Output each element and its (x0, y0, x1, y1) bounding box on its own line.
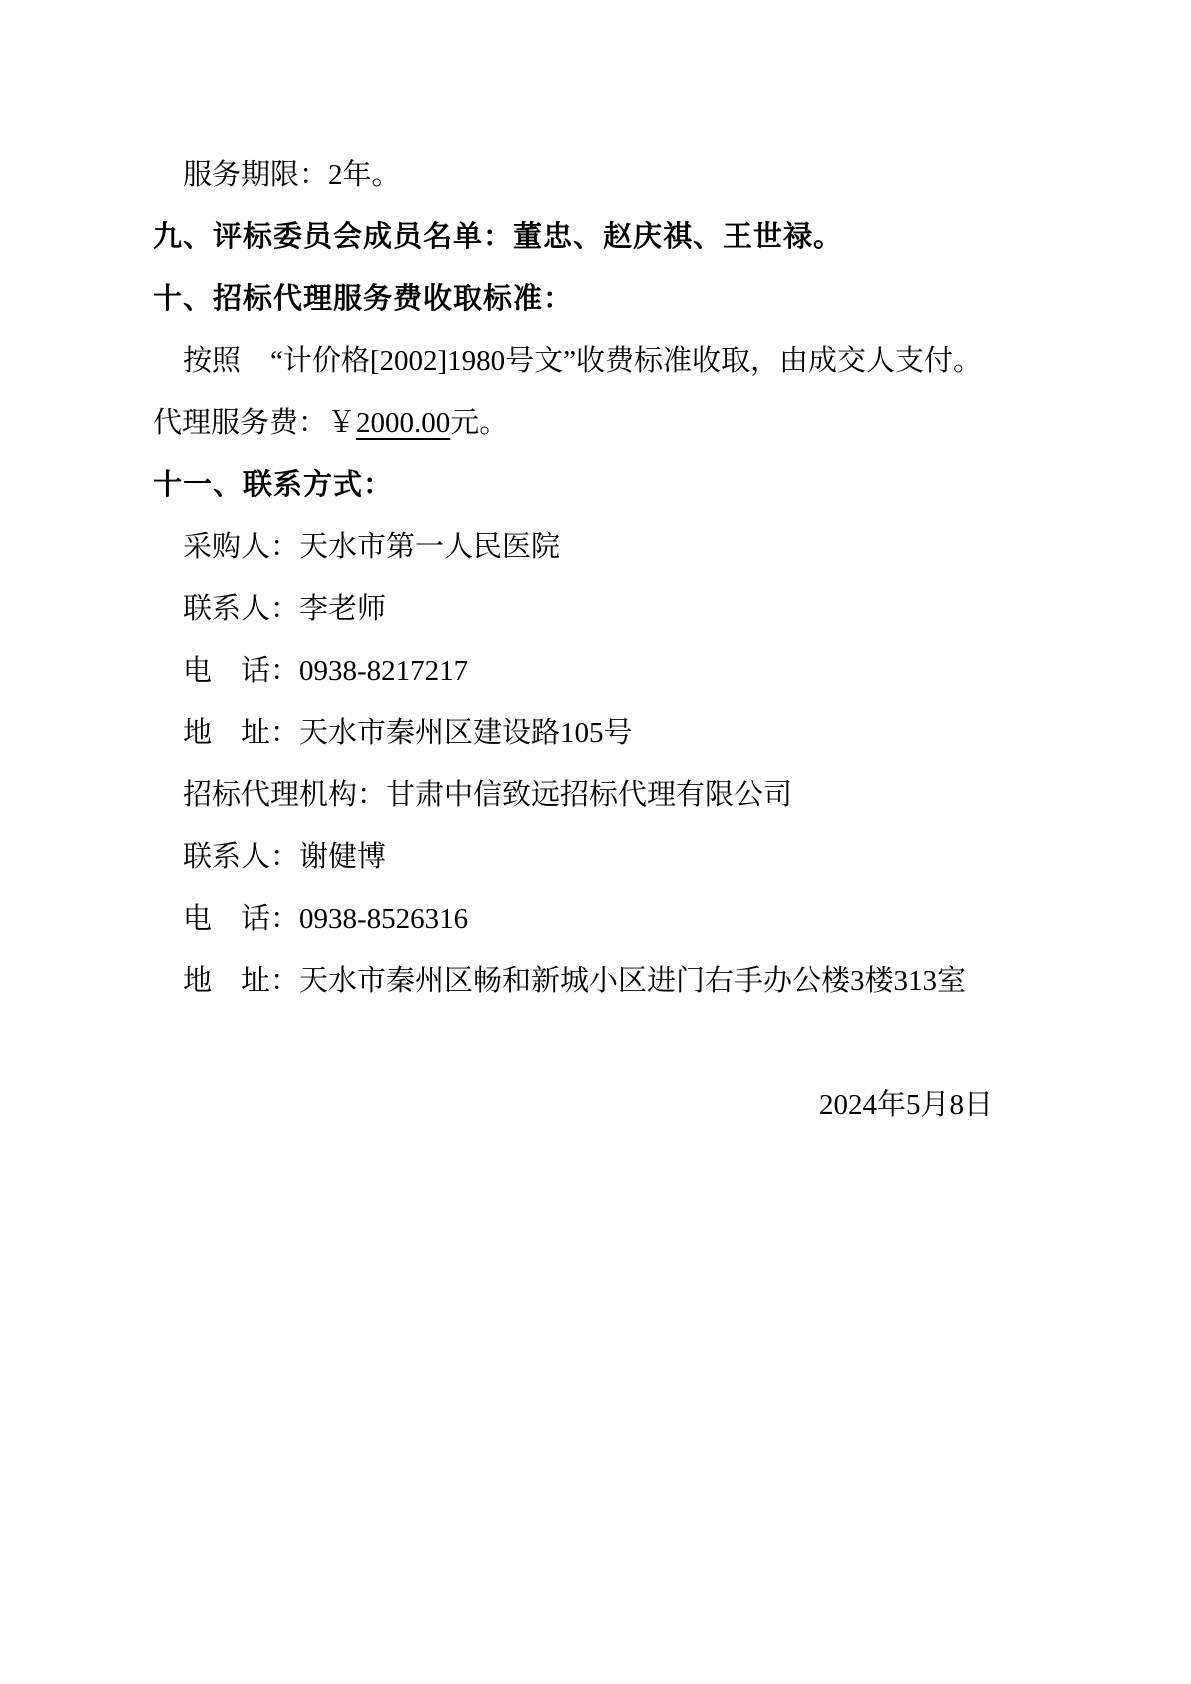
document-content: 服务期限：2年。 九、评标委员会成员名单：董忠、赵庆祺、王世禄。 十、招标代理服… (0, 144, 1191, 1136)
date-line: 2024年5月8日 (0, 1074, 1191, 1136)
agency-line: 招标代理机构：甘肃中信致远招标代理有限公司 (0, 764, 1191, 826)
agency-fee-suffix: 元。 (450, 407, 508, 439)
purchaser-phone-line: 电 话：0938-8217217 (0, 640, 1191, 702)
purchaser-contact-line: 联系人：李老师 (0, 578, 1191, 640)
service-period-line: 服务期限：2年。 (0, 144, 1191, 206)
section-9-heading: 九、评标委员会成员名单：董忠、赵庆祺、王世禄。 (0, 206, 1191, 268)
document-page: 服务期限：2年。 九、评标委员会成员名单：董忠、赵庆祺、王世禄。 十、招标代理服… (0, 0, 1191, 1684)
purchaser-address-line: 地 址：天水市秦州区建设路105号 (0, 702, 1191, 764)
agency-fee-amount: 2000.00 (356, 407, 450, 439)
purchaser-line: 采购人：天水市第一人民医院 (0, 516, 1191, 578)
agency-fee-line: 代理服务费：￥2000.00元。 (0, 392, 1191, 454)
section-10-heading: 十、招标代理服务费收取标准： (0, 268, 1191, 330)
agency-address-line: 地 址：天水市秦州区畅和新城小区进门右手办公楼3楼313室 (0, 950, 1191, 1012)
agency-phone-line: 电 话：0938-8526316 (0, 888, 1191, 950)
fee-basis-line: 按照 “计价格[2002]1980号文”收费标准收取，由成交人支付。 (0, 330, 1191, 392)
agency-contact-line: 联系人：谢健博 (0, 826, 1191, 888)
agency-fee-prefix: 代理服务费：￥ (153, 407, 356, 439)
section-11-heading: 十一、联系方式： (0, 454, 1191, 516)
